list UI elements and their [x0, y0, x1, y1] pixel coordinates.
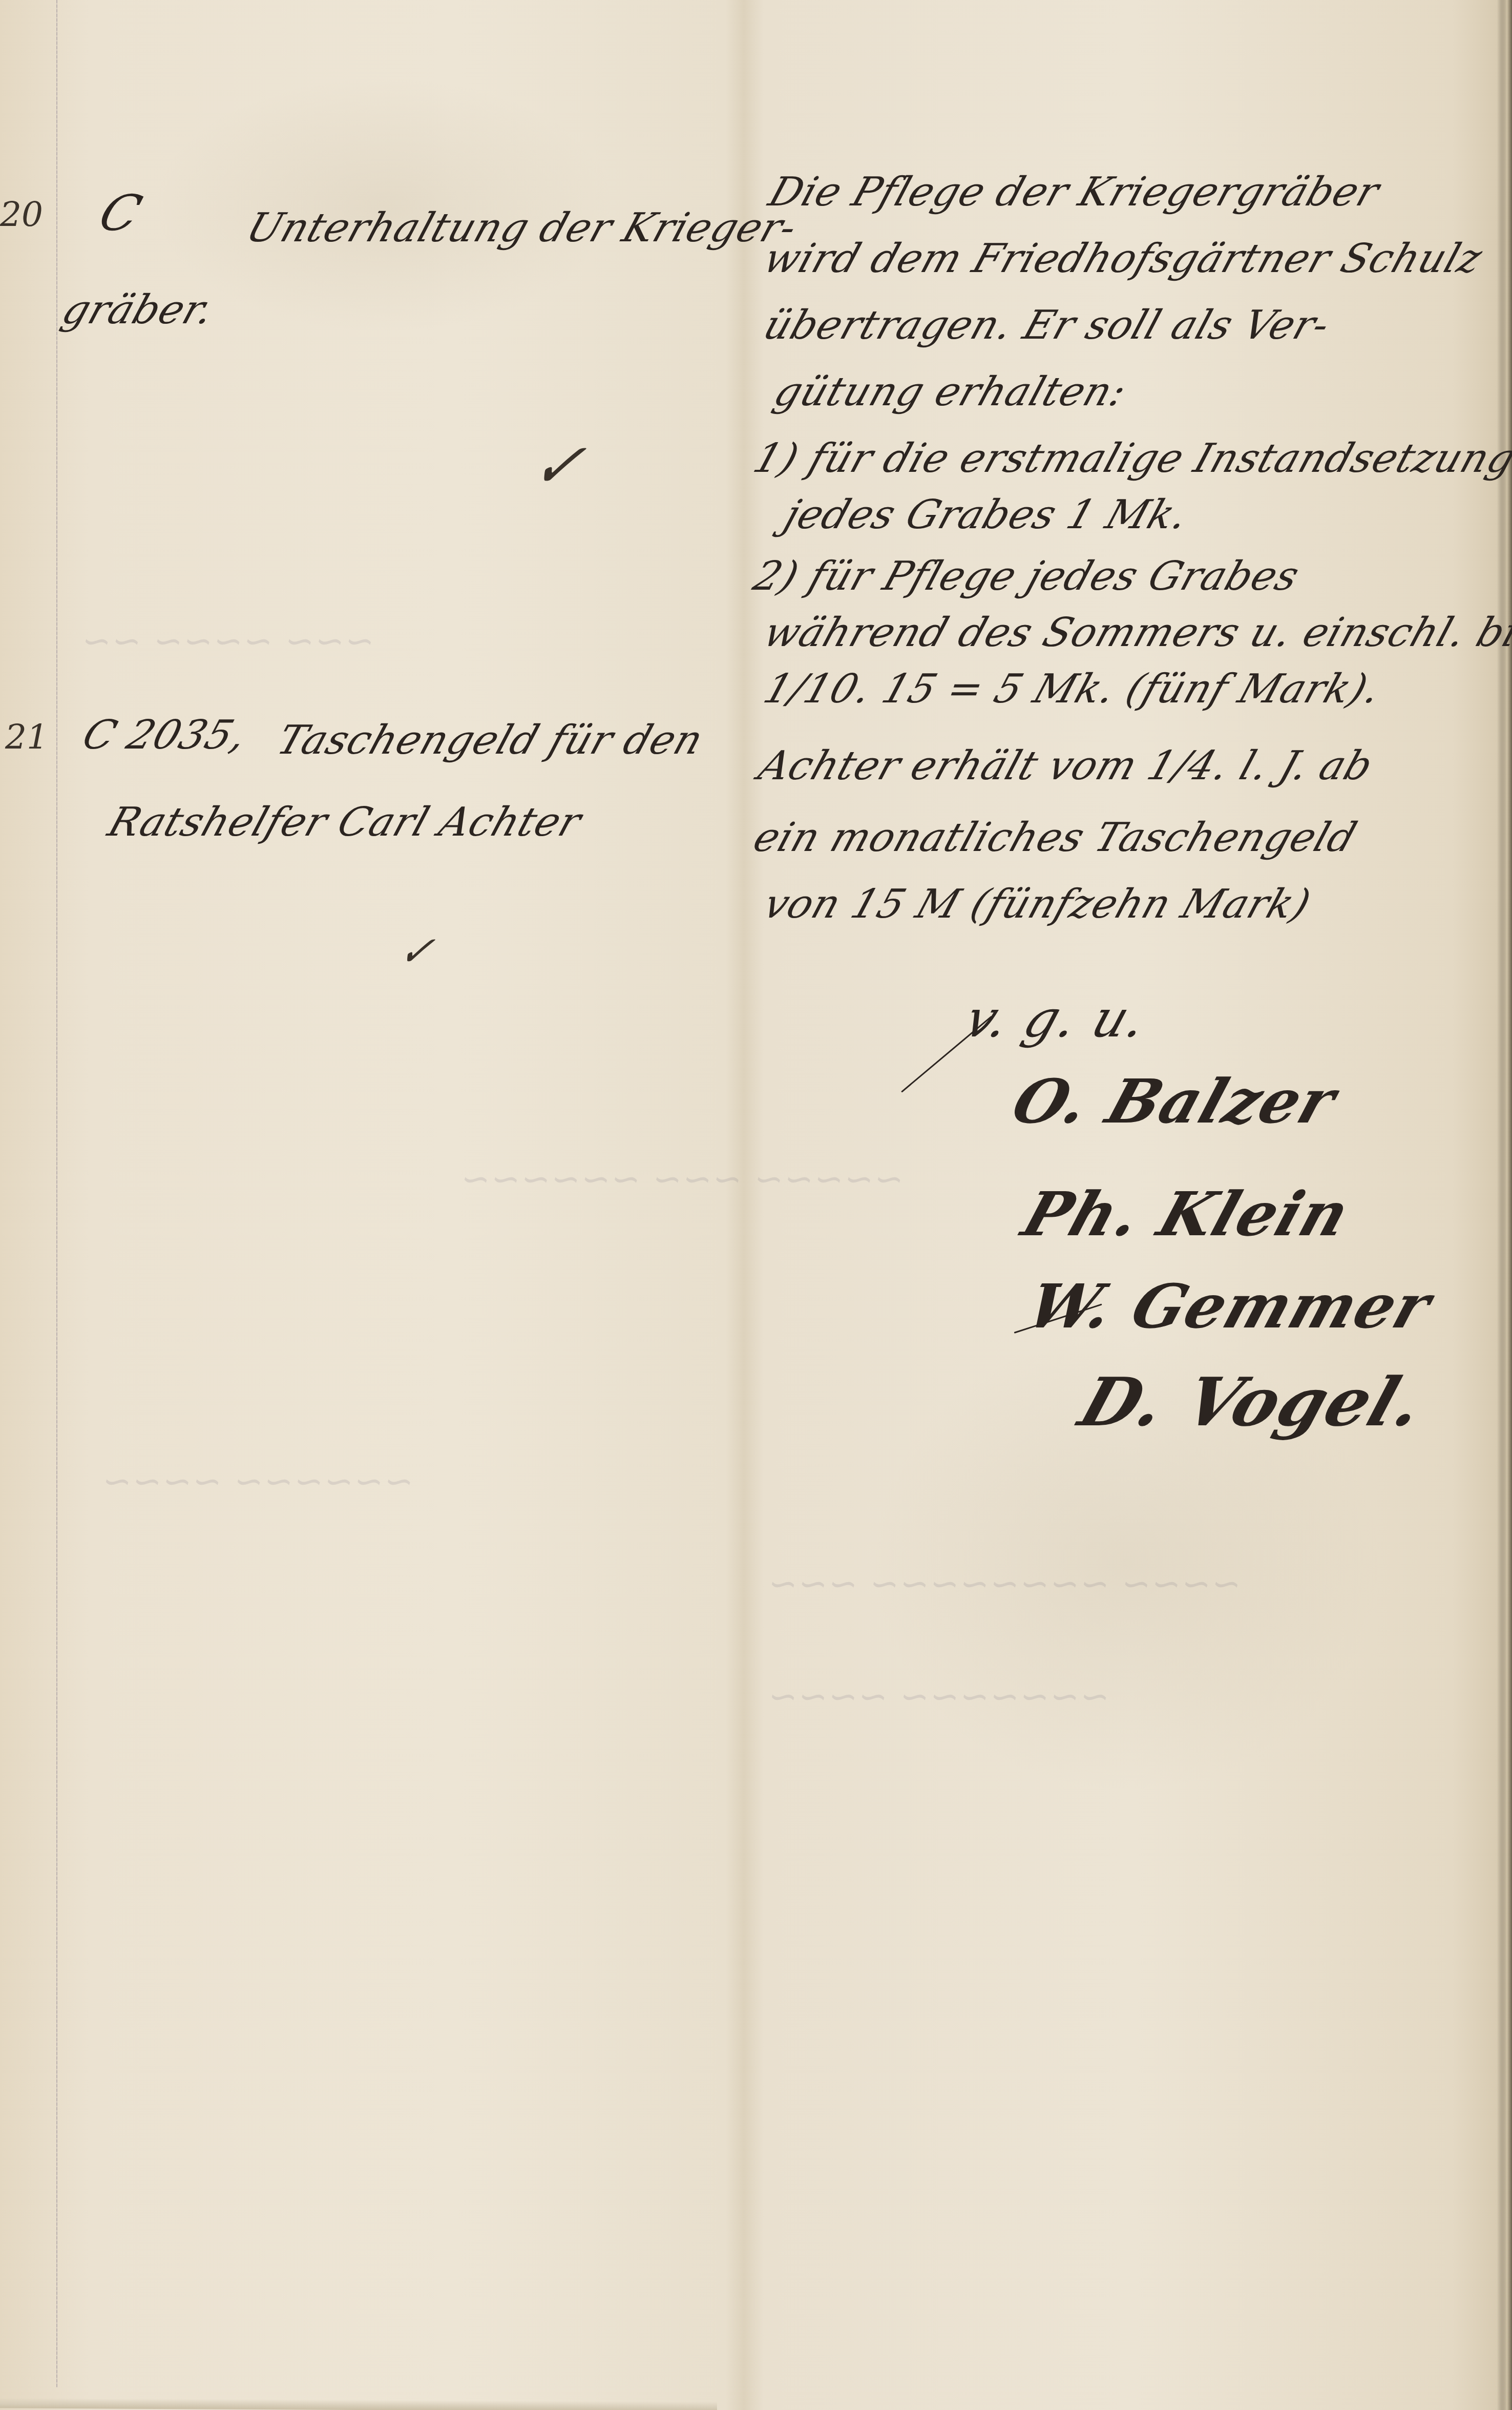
- resolution-line: jedes Grabes 1 Mk.: [779, 492, 1194, 538]
- entry-number: 20: [0, 195, 43, 234]
- entry-code: C 2035,: [77, 712, 253, 758]
- bleed-through-text: ~~~~~~ ~~~~: [96, 1460, 421, 1502]
- check-mark-icon: ✓: [395, 927, 438, 975]
- resolution-line: während des Sommers u. einschl. bis: [758, 610, 1512, 656]
- entry-number: 21: [5, 717, 48, 757]
- document-page: ~~~ ~~~~ ~~ ~~~~~ ~~~ ~~~~~~ ~~~~~~ ~~~~…: [0, 0, 1512, 2410]
- entry-code: C: [92, 184, 149, 242]
- check-mark-icon: ✓: [527, 430, 591, 502]
- signature-vogel: D. Vogel.: [1070, 1363, 1434, 1441]
- resolution-line: übertragen. Er soll als Ver-: [758, 302, 1336, 348]
- margin-rule: [56, 0, 57, 2387]
- bleed-through-text: ~~~~~~~ ~~~~: [762, 1675, 1117, 1717]
- resolution-line: 2) für Pflege jedes Grabes: [748, 553, 1305, 599]
- signature-gemmer: W. Gemmer: [1019, 1271, 1440, 1342]
- page-edge: [1501, 0, 1512, 2410]
- bleed-through-text: ~~~~ ~~~~~~~~ ~~~: [762, 1563, 1249, 1605]
- entry-subject-line2: gräber.: [56, 287, 220, 333]
- resolution-line: gütung erhalten:: [768, 369, 1132, 415]
- page-bottom-edge: [0, 2398, 717, 2410]
- resolution-line: 1) für die erstmalige Instandsetzung: [748, 435, 1512, 482]
- resolution-line: wird dem Friedhofsgärtner Schulz: [758, 236, 1488, 282]
- resolution-line: Achter erhält vom 1/4. l. J. ab: [753, 743, 1379, 789]
- resolution-line: von 15 M (fünfzehn Mark): [758, 881, 1317, 927]
- resolution-line: Die Pflege der Kriegergräber: [763, 169, 1385, 215]
- entry-subject-line2: Ratshelfer Carl Achter: [102, 799, 587, 845]
- resolution-line: 1/10. 15 = 5 Mk. (fünf Mark).: [758, 666, 1387, 712]
- resolution-line: ein monatliches Taschengeld: [748, 815, 1362, 861]
- entry-subject-line1: Unterhaltung der Krieger-: [241, 205, 803, 251]
- signature-flourish: [901, 1016, 992, 1093]
- signature-balzer: O. Balzer: [1004, 1066, 1345, 1137]
- entry-subject-line1: Taschengeld für den: [271, 717, 709, 763]
- bleed-through-text: ~~~ ~~~~ ~~: [75, 620, 382, 662]
- bleed-through-text: ~~~~~ ~~~ ~~~~~~: [454, 1158, 911, 1200]
- signature-klein: Ph. Klein: [1014, 1178, 1359, 1250]
